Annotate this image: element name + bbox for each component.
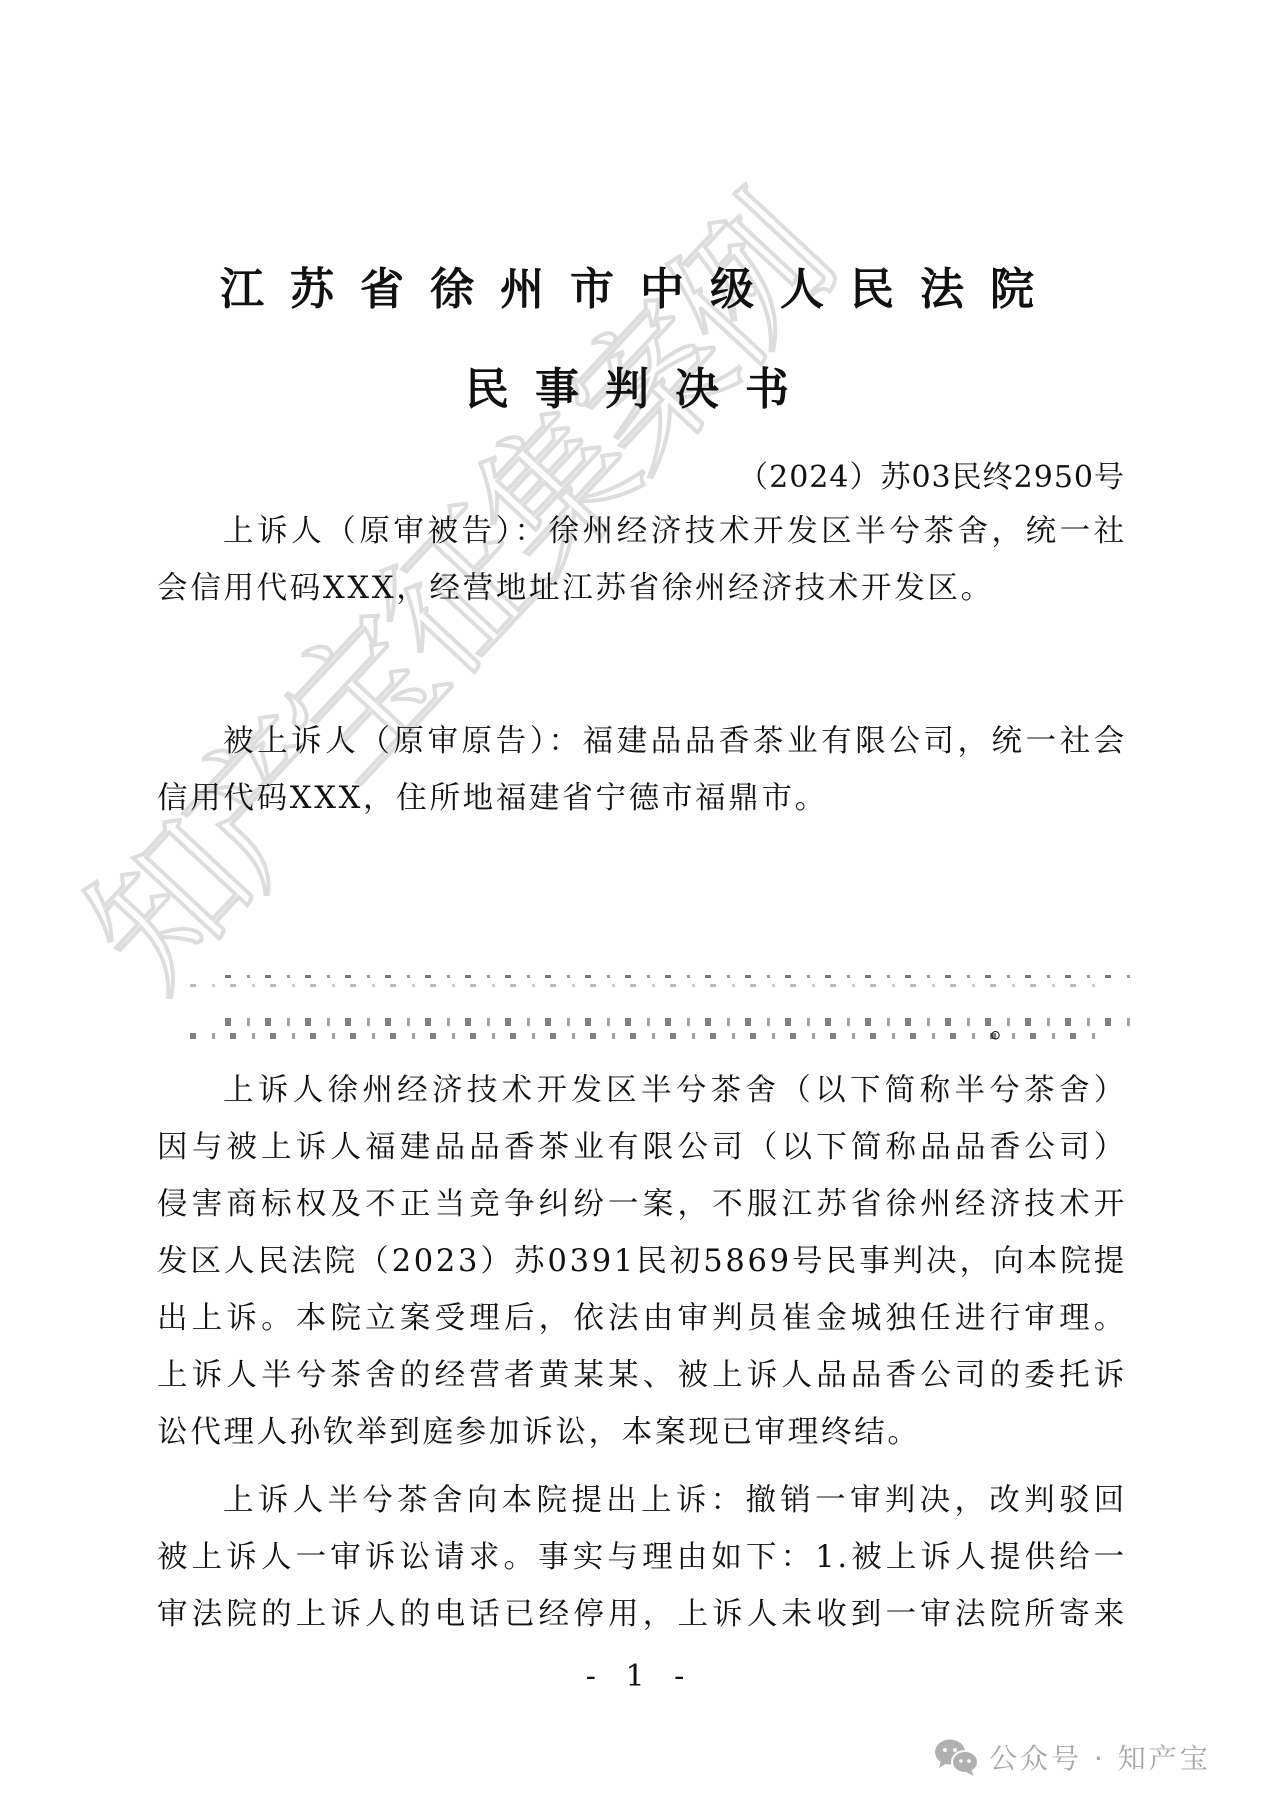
source-label: 公众号 · 知产宝 <box>989 1737 1211 1777</box>
appellant-line-2: 会信用代码XXX，经营地址江苏省徐州经济技术开发区。 <box>157 569 1127 609</box>
redacted-line-1b <box>190 984 1095 987</box>
source-attribution: 公众号 · 知产宝 <box>933 1737 1211 1777</box>
paragraph-1-line-1: 上诉人徐州经济技术开发区半兮茶舍（以下简称半兮茶舍） <box>223 1071 1127 1111</box>
watermark-text: 知产宝征集案例 <box>54 94 936 1021</box>
appellant-line-1: 上诉人（原审被告）：徐州经济技术开发区半兮茶舍，统一社 <box>223 512 1127 552</box>
paragraph-1-line-7: 讼代理人孙钦举到庭参加诉讼，本案现已审理终结。 <box>157 1413 1127 1453</box>
paragraph-2-line-2: 被上诉人一审诉讼请求。事实与理由如下：1.被上诉人提供给一 <box>157 1538 1127 1578</box>
paragraph-1-line-6: 上诉人半兮茶舍的经营者黄某某、被上诉人品品香公司的委托诉 <box>157 1356 1127 1396</box>
paragraph-2-line-3: 审法院的上诉人的电话已经停用，上诉人未收到一审法院所寄来 <box>157 1595 1127 1635</box>
wechat-icon <box>933 1737 981 1777</box>
document-type-title: 民事判决书 <box>0 362 1280 418</box>
court-name-title: 江苏省徐州市中级人民法院 <box>0 262 1280 318</box>
case-number: （2024）苏03民终2950号 <box>738 458 1125 498</box>
paragraph-2-line-1: 上诉人半兮茶舍向本院提出上诉：撤销一审判决，改判驳回 <box>223 1481 1127 1521</box>
document-page: 知产宝征集案例 江苏省徐州市中级人民法院 民事判决书 （2024）苏03民终29… <box>0 0 1280 1810</box>
paragraph-1-line-5: 出上诉。本院立案受理后，依法由审判员崔金城独任进行审理。 <box>157 1299 1127 1339</box>
appellee-line-2: 信用代码XXX，住所地福建省宁德市福鼎市。 <box>157 779 1127 819</box>
paragraph-1-line-3: 侵害商标权及不正当竞争纠纷一案，不服江苏省徐州经济技术开 <box>157 1185 1127 1225</box>
redacted-line-end: 。 <box>990 1008 1020 1048</box>
appellee-line-1: 被上诉人（原审原告）：福建品品香茶业有限公司，统一社会 <box>223 722 1127 762</box>
redacted-line-1 <box>225 975 1130 978</box>
page-number: - 1 - <box>0 1657 1280 1697</box>
paragraph-1-line-4: 发区人民法院（2023）苏0391民初5869号民事判决，向本院提 <box>157 1242 1127 1282</box>
paragraph-1-line-2: 因与被上诉人福建品品香茶业有限公司（以下简称品品香公司） <box>157 1128 1127 1168</box>
redacted-line-2b <box>190 1033 1095 1039</box>
